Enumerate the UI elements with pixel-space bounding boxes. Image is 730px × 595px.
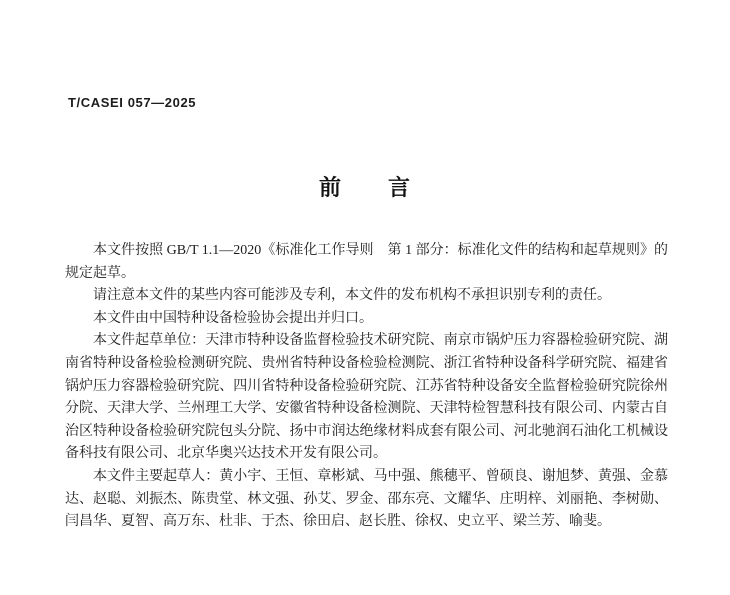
patent-notice-paragraph: 请注意本文件的某些内容可能涉及专利，本文件的发布机构不承担识别专利的责任。 bbox=[65, 285, 668, 308]
standard-document-page: T/CASEI 057—2025 前 言 本文件按照 GB/T 1.1—2020… bbox=[0, 0, 730, 595]
proposing-body-paragraph: 本文件由中国特种设备检验协会提出并归口。 bbox=[65, 308, 668, 331]
drafting-rule-paragraph: 本文件按照 GB/T 1.1—2020《标准化工作导则 第 1 部分：标准化文件… bbox=[65, 240, 668, 285]
foreword-title: 前 言 bbox=[0, 171, 730, 202]
drafting-organizations-paragraph: 本文件起草单位：天津市特种设备监督检验技术研究院、南京市锅炉压力容器检验研究院、… bbox=[65, 330, 668, 466]
main-drafters-paragraph: 本文件主要起草人：黄小宇、王恒、章彬斌、马中强、熊穗平、曾硕良、谢旭梦、黄强、金… bbox=[65, 466, 668, 534]
document-number: T/CASEI 057—2025 bbox=[68, 95, 196, 110]
foreword-body: 本文件按照 GB/T 1.1—2020《标准化工作导则 第 1 部分：标准化文件… bbox=[65, 240, 668, 534]
